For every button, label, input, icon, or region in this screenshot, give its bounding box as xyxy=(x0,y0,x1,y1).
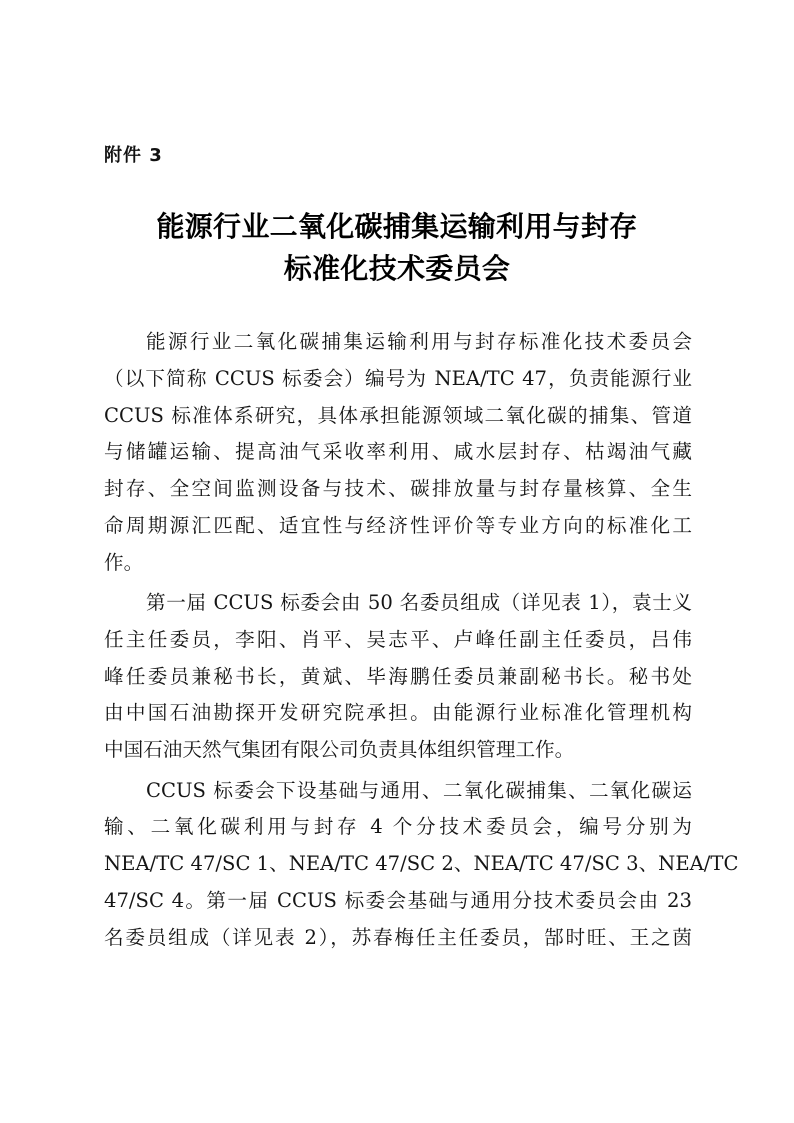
text-line: 名委员组成（详见表 2），苏春梅任主任委员，郜时旺、王之茵 xyxy=(104,920,692,957)
text-line: 由中国石油勘探开发研究院承担。由能源行业标准化管理机构 xyxy=(104,695,692,732)
text-line: 任主任委员，李阳、肖平、吴志平、卢峰任副主任委员，吕伟 xyxy=(104,622,692,659)
text-line: 中国石油天然气集团有限公司负责具体组织管理工作。 xyxy=(104,732,692,769)
text-line: CCUS 标委会下设基础与通用、二氧化碳捕集、二氧化碳运 xyxy=(104,773,692,810)
document-title: 能源行业二氧化碳捕集运输利用与封存 标准化技术委员会 xyxy=(0,206,794,290)
text-line: （以下简称 CCUS 标委会）编号为 NEA/TC 47，负责能源行业 xyxy=(104,361,692,398)
attachment-label: 附件 3 xyxy=(104,144,163,168)
text-line: 与储罐运输、提高油气采收率利用、咸水层封存、枯竭油气藏 xyxy=(104,434,692,471)
text-line: CCUS 标准体系研究，具体承担能源领域二氧化碳的捕集、管道 xyxy=(104,398,692,435)
text-line: 47/SC 4。第一届 CCUS 标委会基础与通用分技术委员会由 23 xyxy=(104,883,692,920)
title-line-2: 标准化技术委员会 xyxy=(0,248,794,290)
text-line: NEA/TC 47/SC 1、NEA/TC 47/SC 2、NEA/TC 47/… xyxy=(104,846,692,883)
text-line: 第一届 CCUS 标委会由 50 名委员组成（详见表 1），袁士义 xyxy=(104,585,692,622)
text-line: 命周期源汇匹配、适宜性与经济性评价等专业方向的标准化工 xyxy=(104,508,692,545)
text-line: 封存、全空间监测设备与技术、碳排放量与封存量核算、全生 xyxy=(104,471,692,508)
paragraph-membership: 第一届 CCUS 标委会由 50 名委员组成（详见表 1），袁士义 任主任委员，… xyxy=(104,585,692,769)
paragraph-subcommittees: CCUS 标委会下设基础与通用、二氧化碳捕集、二氧化碳运 输、二氧化碳利用与封存… xyxy=(104,773,692,957)
paragraph-scope: 能源行业二氧化碳捕集运输利用与封存标准化技术委员会 （以下简称 CCUS 标委会… xyxy=(104,324,692,582)
document-body: 能源行业二氧化碳捕集运输利用与封存标准化技术委员会 （以下简称 CCUS 标委会… xyxy=(104,324,692,960)
text-line: 峰任委员兼秘书长，黄斌、毕海鹏任委员兼副秘书长。秘书处 xyxy=(104,659,692,696)
title-line-1: 能源行业二氧化碳捕集运输利用与封存 xyxy=(0,206,794,248)
text-line: 输、二氧化碳利用与封存 4 个分技术委员会，编号分别为 xyxy=(104,809,692,846)
document-page: 附件 3 能源行业二氧化碳捕集运输利用与封存 标准化技术委员会 能源行业二氧化碳… xyxy=(0,0,794,1123)
text-line: 作。 xyxy=(104,545,692,582)
text-line: 能源行业二氧化碳捕集运输利用与封存标准化技术委员会 xyxy=(104,324,692,361)
